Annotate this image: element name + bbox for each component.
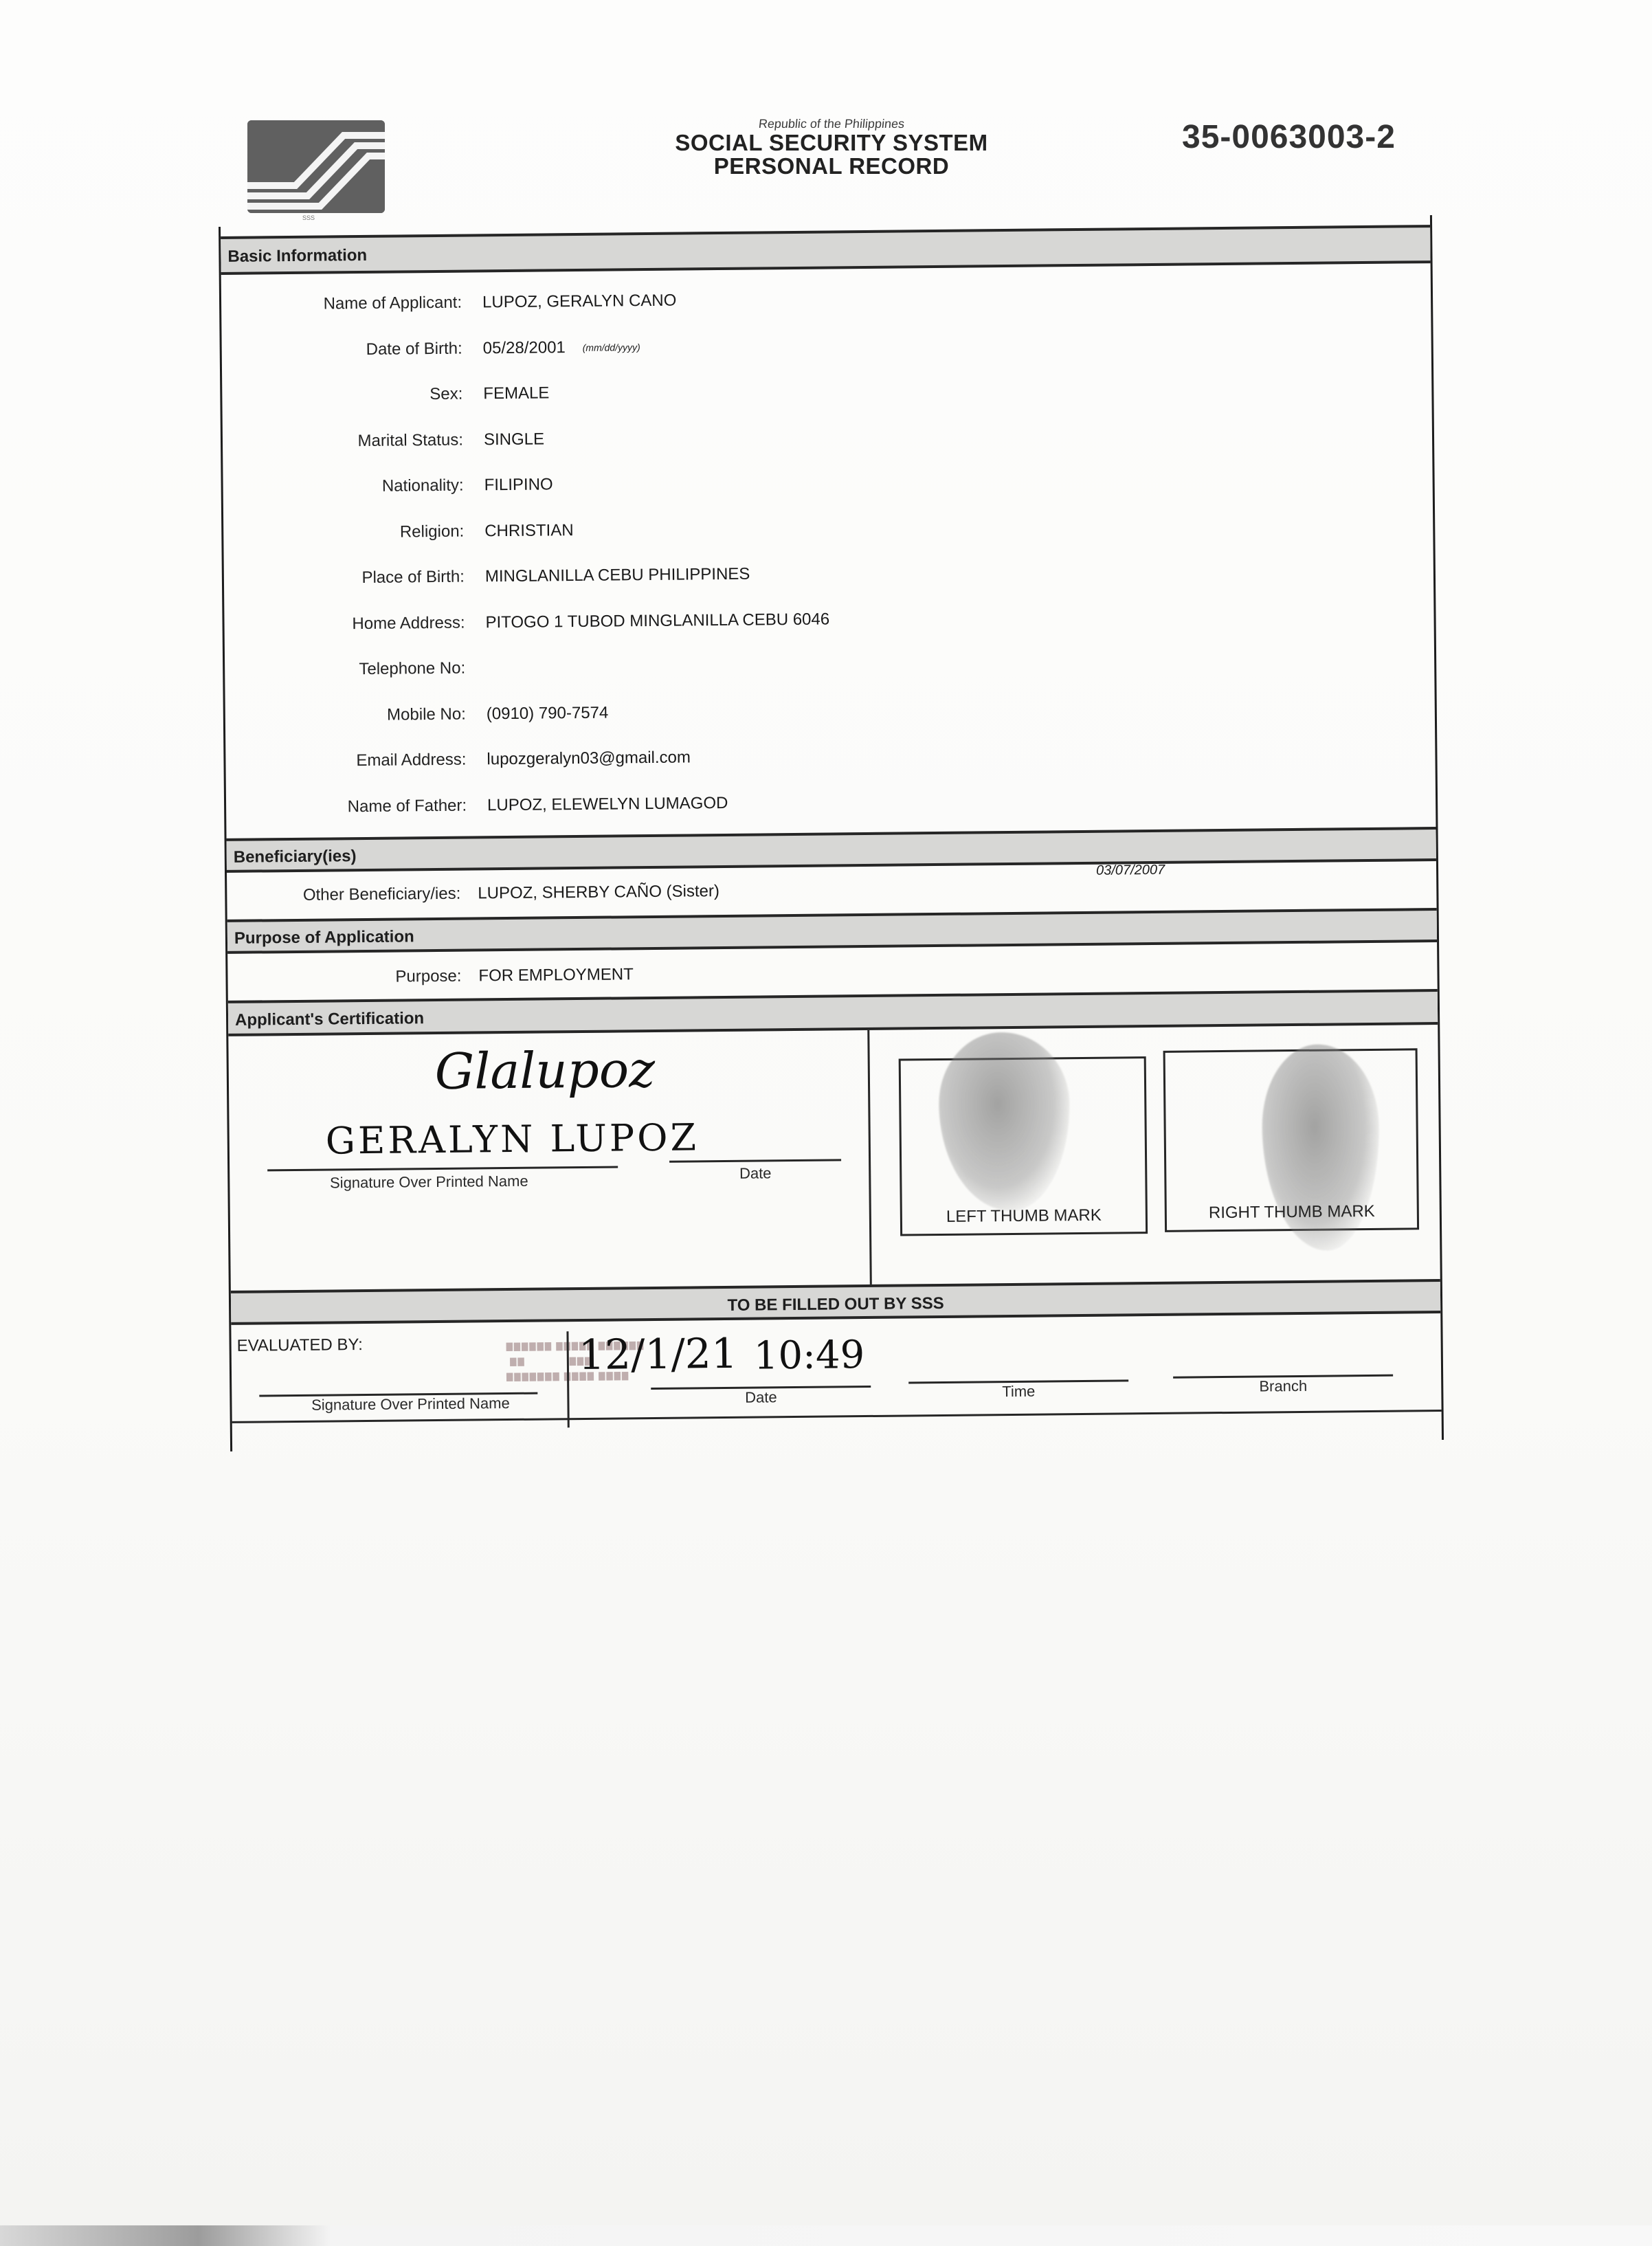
signature-line <box>267 1166 618 1171</box>
field-label: Email Address: <box>356 750 466 771</box>
purpose-label: Purpose: <box>395 967 461 987</box>
right-thumb-box: RIGHT THUMB MARK <box>1163 1048 1420 1232</box>
right-thumb-label: RIGHT THUMB MARK <box>1167 1201 1417 1223</box>
field-label: Sex: <box>429 385 462 404</box>
field-value: 05/28/2001 <box>483 338 566 358</box>
field-value: MINGLANILLA CEBU PHILIPPINES <box>485 565 750 587</box>
field-value: FEMALE <box>483 383 549 403</box>
field-row: Date of Birth:05/28/2001(mm/dd/yyyy) <box>222 330 1431 369</box>
applicant-printed-name: GERALYN LUPOZ <box>325 1115 699 1162</box>
field-row: Sex:FEMALE <box>222 375 1431 414</box>
agency-name: SOCIAL SECURITY SYSTEM <box>660 131 1003 155</box>
left-thumbprint-icon <box>938 1032 1070 1212</box>
field-row: Mobile No:(0910) 790-7574 <box>225 696 1435 735</box>
beneficiary-value: LUPOZ, SHERBY CAÑO (Sister) <box>478 882 719 903</box>
personal-record-form: Basic Information Name of Applicant:LUPO… <box>219 215 1444 1452</box>
field-label: Name of Father: <box>348 796 467 816</box>
section-title: Purpose of Application <box>234 927 414 948</box>
scan-edge <box>0 2225 1652 2246</box>
field-label: Nationality: <box>382 476 464 496</box>
field-format-hint: (mm/dd/yyyy) <box>583 342 640 353</box>
field-row: Place of Birth:MINGLANILLA CEBU PHILIPPI… <box>224 558 1433 597</box>
date-line <box>669 1159 841 1162</box>
field-value: LUPOZ, GERALYN CANO <box>482 291 677 313</box>
field-row: Name of Applicant:LUPOZ, GERALYN CANO <box>221 284 1431 323</box>
field-label: Mobile No: <box>387 704 466 724</box>
field-value: CHRISTIAN <box>484 521 574 541</box>
field-row: Marital Status:SINGLE <box>223 421 1432 460</box>
field-label: Date of Birth: <box>366 339 462 359</box>
field-value: FILIPINO <box>484 475 552 495</box>
certification-divider <box>867 1030 872 1285</box>
applicant-signature: Glalupoz <box>434 1041 655 1100</box>
left-thumb-box: LEFT THUMB MARK <box>899 1056 1148 1236</box>
republic-line: Republic of the Philippines <box>659 117 1004 131</box>
field-row: Telephone No: <box>225 649 1434 689</box>
beneficiary-label: Other Beneficiary/ies: <box>303 885 461 905</box>
basic-information-header: Basic Information <box>221 225 1430 275</box>
signature-caption: Signature Over Printed Name <box>284 1172 573 1192</box>
logo-caption: SSS <box>302 214 315 221</box>
left-thumb-label: LEFT THUMB MARK <box>902 1205 1146 1227</box>
field-row: Religion:CHRISTIAN <box>223 513 1433 552</box>
sss-use-header: TO BE FILLED OUT BY SSS <box>231 1279 1440 1325</box>
field-label: Place of Birth: <box>361 568 465 588</box>
section-title: Basic Information <box>227 246 367 267</box>
sss-use-title: TO BE FILLED OUT BY SSS <box>231 1289 1440 1320</box>
field-label: Home Address: <box>352 613 465 634</box>
certification-header: Applicant's Certification <box>228 989 1438 1036</box>
field-label: Marital Status: <box>357 430 463 450</box>
field-value: lupozgeralyn03@gmail.com <box>487 748 691 769</box>
field-row: Name of Father:LUPOZ, ELEWELYN LUMAGOD <box>226 787 1436 826</box>
evaluator-signature-caption: Signature Over Printed Name <box>273 1394 548 1414</box>
field-value: (0910) 790-7574 <box>487 703 609 724</box>
field-value: PITOGO 1 TUBOD MINGLANILLA CEBU 6046 <box>485 610 829 632</box>
field-label: Name of Applicant: <box>323 293 462 314</box>
field-row: Email Address:lupozgeralyn03@gmail.com <box>225 741 1435 780</box>
document-title: PERSONAL RECORD <box>660 155 1003 178</box>
evaluation-time-handwritten: 10:49 <box>753 1333 864 1379</box>
field-label: Telephone No: <box>359 659 465 679</box>
evaluation-date-caption: Date <box>651 1388 871 1408</box>
date-caption: Date <box>669 1164 841 1183</box>
evaluation-date-handwritten: 12/1/21 <box>578 1330 737 1379</box>
purpose-header: Purpose of Application <box>227 908 1437 954</box>
beneficiary-row: Other Beneficiary/ies: LUPOZ, SHERBY CAÑ… <box>227 875 1436 914</box>
beneficiary-date: 03/07/2007 <box>1096 863 1165 879</box>
field-row: Home Address:PITOGO 1 TUBOD MINGLANILLA … <box>224 604 1433 643</box>
field-value: SINGLE <box>484 430 544 449</box>
section-title: Beneficiary(ies) <box>234 847 357 867</box>
purpose-value: FOR EMPLOYMENT <box>478 965 634 986</box>
field-row: Nationality:FILIPINO <box>223 467 1433 506</box>
section-title: Applicant's Certification <box>235 1009 424 1030</box>
field-label: Religion: <box>400 522 465 542</box>
branch-caption: Branch <box>1173 1377 1393 1397</box>
sss-logo-icon <box>247 120 385 213</box>
document-header: Republic of the Philippines SOCIAL SECUR… <box>660 117 1003 178</box>
field-value: LUPOZ, ELEWELYN LUMAGOD <box>487 793 728 814</box>
beneficiaries-header: Beneficiary(ies) <box>227 827 1436 873</box>
evaluated-by-label: EVALUATED BY: <box>237 1335 363 1356</box>
evaluation-time-caption: Time <box>908 1381 1128 1401</box>
ss-number: 35-0063003-2 <box>1182 118 1396 156</box>
